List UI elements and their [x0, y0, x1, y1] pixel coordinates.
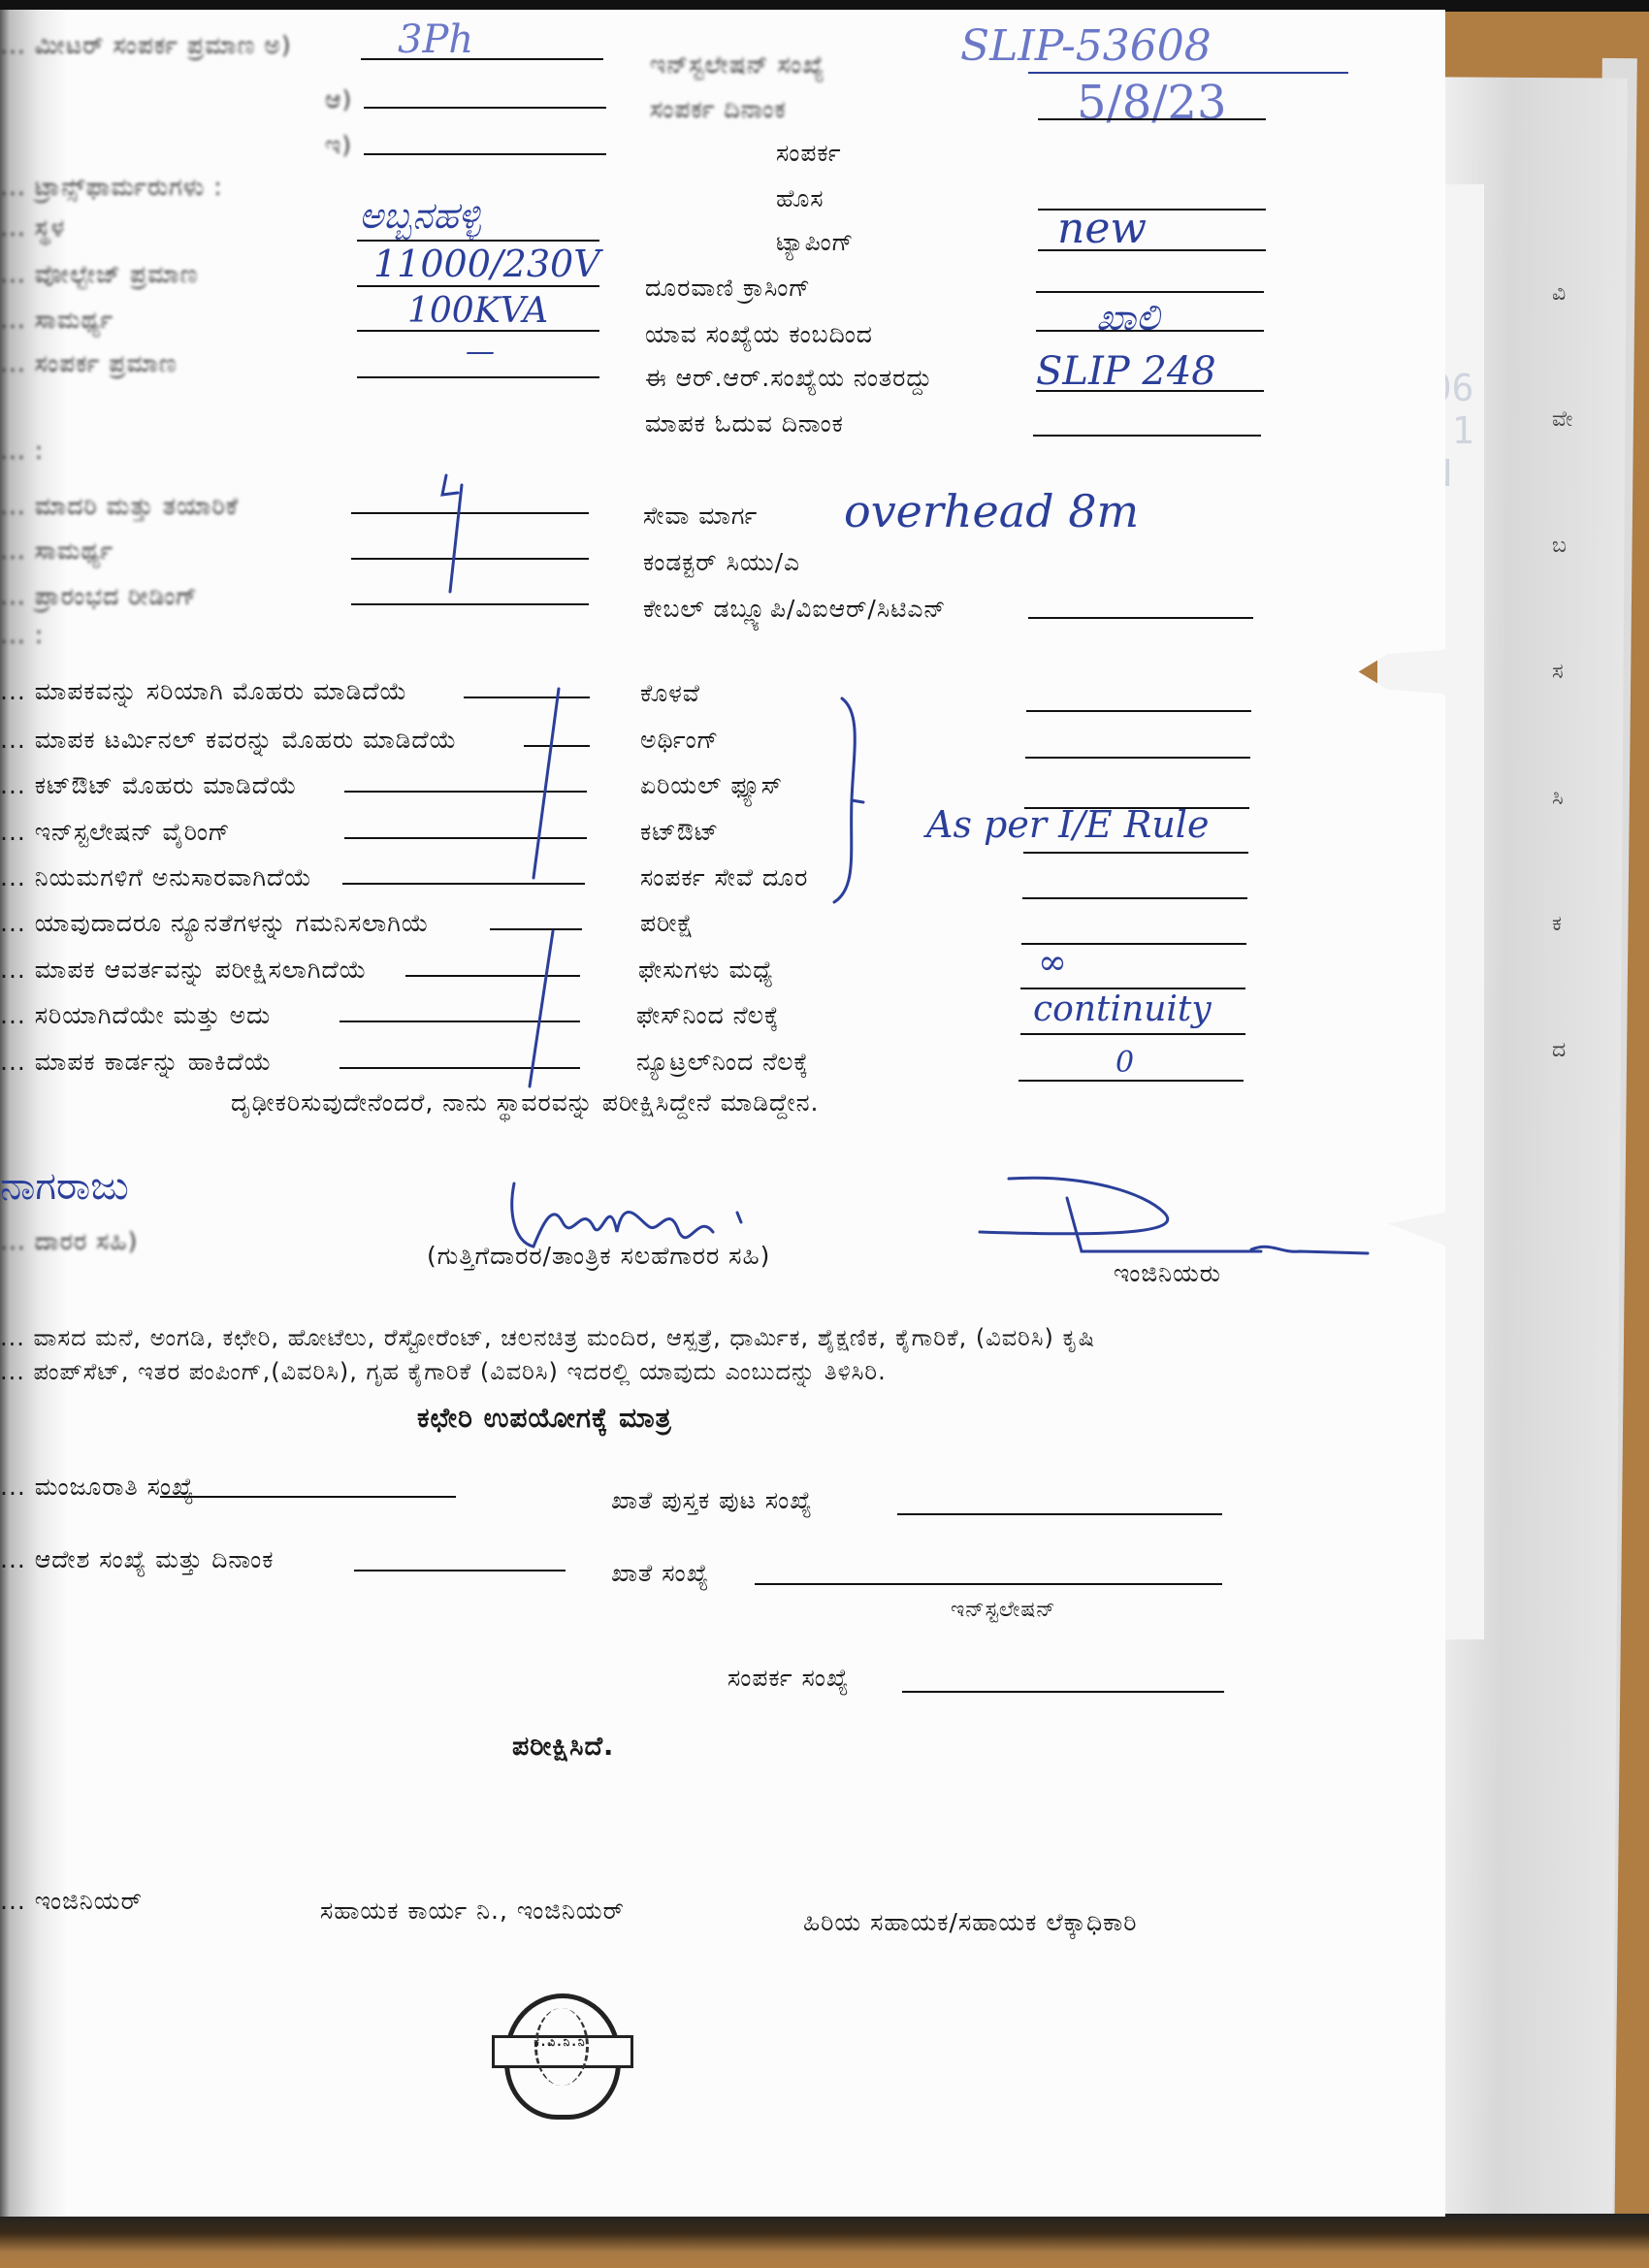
input-line[interactable] [357, 240, 599, 242]
handwritten-value: SLIP 248 [1036, 349, 1216, 394]
spine-glyph: ವಿ [1552, 281, 1591, 407]
input-line[interactable] [1038, 249, 1266, 251]
field-label: ಸಂಪರ್ಕ [776, 139, 842, 168]
spine-glyph: ದ [1552, 1038, 1591, 1164]
section-heading: ... ಟ್ರಾನ್ಸ್‌ಫಾರ್ಮರುಗಳು : [0, 173, 223, 202]
input-line[interactable] [364, 107, 606, 109]
engineer-signature [970, 1174, 1377, 1261]
handwritten-tick-mark [436, 466, 475, 601]
field-label: ... ಮಾಪಕ ಟರ್ಮಿನಲ್ ಕವರನ್ನು ಮೊಹರು ಮಾಡಿದೆಯೆ [0, 726, 457, 755]
field-label: ಇನ್‌ಸ್ಟಲೇಷನ್ ಸಂಖ್ಯೆ [650, 50, 825, 80]
input-line[interactable] [351, 603, 589, 605]
field-label: ಈ ಆರ್.ಆರ್.ಸಂಖ್ಯೆಯ ನಂತರದ್ದು [645, 364, 933, 393]
input-line[interactable] [1025, 757, 1250, 759]
field-label: ಸೇವಾ ಮಾರ್ಗ [643, 502, 758, 531]
field-label: ಸಂಪರ್ಕ ಸೇವೆ ದೂರ [640, 863, 808, 892]
input-line[interactable] [1036, 291, 1264, 293]
field-label: ... ಕಟ್‌ಔಟ್ ಮೊಹರು ಮಾಡಿದೆಯೆ [0, 771, 298, 800]
field-label: ಸಂಪರ್ಕ ಸಂಖ್ಯೆ [727, 1664, 850, 1693]
input-line[interactable] [755, 1583, 1222, 1585]
input-line[interactable] [1026, 710, 1251, 712]
field-label: ... ಮಾಪಕವನ್ನು ಸರಿಯಾಗಿ ಮೊಹರು ಮಾಡಿದೆಯೆ [0, 677, 407, 706]
input-line[interactable] [1038, 118, 1266, 120]
field-label: ಇನ್‌ಸ್ಟಲೇಷನ್ [951, 1598, 1056, 1622]
field-label: ಸಂಪರ್ಕ ದಿನಾಂಕ [650, 95, 787, 124]
installation-number: SLIP-53608 [960, 21, 1212, 71]
office-seal-text: ಕ.ವಿ.ನಿ.ನಿ [490, 2035, 630, 2050]
field-label: ಕಂಡಕ್ಟರ್ ಸಿಯು/ಎ [643, 548, 800, 577]
field-label: ... ಸರಿಯಾಗಿದೆಯೇ ಮತ್ತು ಅದು [0, 1001, 271, 1030]
input-line[interactable] [357, 330, 599, 332]
field-label: ... ಮೀಟರ್ ಸಂಪರ್ಕ ಪ್ರಮಾಣ ಅ) [0, 31, 292, 60]
field-label: ಖಾತೆ ಪುಸ್ತಕ ಪುಟ ಸಂಖ್ಯೆ [611, 1486, 813, 1515]
field-label: ... ಇನ್‌ಸ್ಟಲೇಷನ್ ವೈರಿಂಗ್ [0, 818, 231, 847]
bracket-note: As per I/E Rule [926, 803, 1209, 846]
field-label: ಫೇಸುಗಳು ಮಧ್ಯೆ [638, 956, 774, 985]
input-line[interactable] [1033, 435, 1261, 437]
input-line[interactable] [1022, 897, 1247, 899]
owner-signature: ನಾಗರಾಜು [0, 1164, 129, 1209]
office-seal-icon [504, 1993, 621, 2120]
spine-glyph: ಸಿ [1552, 786, 1591, 912]
phase-to-earth-value: continuity [1033, 989, 1212, 1029]
handwritten-tick-mark [524, 689, 563, 1077]
handwritten-value: 100KVA [407, 291, 548, 331]
field-label: ಪರೀಕ್ಷೆ [640, 909, 695, 938]
signature-caption: ... ದಾರರ ಸಹಿ) [0, 1227, 138, 1256]
input-line[interactable] [1028, 617, 1253, 619]
field-label: ... ಸಾಮರ್ಥ್ಯ [0, 536, 113, 566]
input-line[interactable] [1018, 1080, 1244, 1082]
field-label: ಟ್ಯಾಪಿಂಗ್ [776, 228, 854, 257]
handwritten-value: ಅಬ್ಬನಹಳ್ಳಿ [359, 194, 481, 238]
input-line[interactable] [357, 285, 599, 287]
field-label: ... ನಿಯಮಗಳಿಗೆ ಅನುಸಾರವಾಗಿದೆಯೆ [0, 863, 312, 892]
handwritten-value: new [1057, 204, 1147, 253]
section-heading: ... : [0, 437, 44, 465]
spine-glyph: ಕ [1552, 912, 1591, 1038]
field-label: ಮಾಪಕ ಓದುವ ದಿನಾಂಕ [645, 409, 844, 438]
field-label: ಫೇಸ್‌ನಿಂದ ನೆಲಕ್ಕೆ [636, 1001, 780, 1030]
input-line[interactable] [160, 1496, 456, 1498]
neutral-to-earth-value: 0 [1115, 1046, 1134, 1080]
field-label: ... ಯಾವುದಾದರೂ ನ್ಯೂನತೆಗಳನ್ನು ಗಮನಿಸಲಾಗಿಯೆ [0, 909, 430, 938]
signature-caption: ಇಂಜಿನಿಯರು [1114, 1259, 1221, 1288]
input-line[interactable] [364, 153, 606, 155]
field-label: ದೂರವಾಣಿ ಕ್ರಾಸಿಂಗ್ [645, 274, 811, 303]
spine-glyph: ವೇ [1552, 407, 1591, 534]
usage-note: ... ಪಂಪ್‌ಸೆಟ್, ಇತರ ಪಂಪಿಂಗ್,(ವಿವರಿಸಿ), ಗೃ… [0, 1358, 887, 1385]
field-label: ಖಾತೆ ಸಂಖ್ಯೆ [611, 1559, 709, 1588]
handwritten-value: ಖಾಲಿ [1096, 296, 1159, 340]
input-line[interactable] [357, 376, 599, 378]
handwritten-brace [832, 694, 871, 907]
input-line[interactable] [1036, 330, 1264, 332]
field-label: ... ಆದೇಶ ಸಂಖ್ಯೆ ಮತ್ತು ದಿನಾಂಕ [0, 1545, 274, 1574]
field-label: ಅರ್ಥಿಂಗ್ [640, 726, 719, 755]
field-label: ಇ) [325, 131, 352, 160]
input-line[interactable] [1020, 1033, 1245, 1035]
connection-date: 5/8/23 [1077, 76, 1227, 130]
office-use-title: ಕಛೇರಿ ಉಪಯೋಗಕ್ಕೆ ಮಾತ್ರ [417, 1402, 672, 1435]
folder-spine-labels: ವಿ ವೇ ಬ ಸ ಸಿ ಕ ದ [1552, 281, 1591, 1164]
field-label: ಕಟ್‌ಔಟ್ [640, 818, 719, 847]
officer-title: ಸಹಾಯಕ ಕಾರ್ಯ ನಿ., ಇಂಜಿನಿಯರ್ [320, 1896, 625, 1926]
field-label: ... ಮಾಪಕ ಆವರ್ತವನ್ನು ಪರೀಕ್ಷಿಸಲಾಗಿದೆಯೆ [0, 956, 367, 985]
input-line[interactable] [902, 1691, 1224, 1693]
spine-glyph: ಬ [1552, 534, 1591, 660]
signature-caption: (ಗುತ್ತಿಗೆದಾರರ/ತಾಂತ್ರಿಕ ಸಲಹೆಗಾರರ ಸಹಿ) [427, 1242, 770, 1271]
field-label: ನ್ಯೂಟ್ರಲ್‌ನಿಂದ ನೆಲಕ್ಕೆ [636, 1048, 809, 1077]
input-line[interactable] [1028, 72, 1348, 74]
field-label: ಕೇಬಲ್ ಡಬ್ಲ್ಯೂಪಿ/ವಿಐಆರ್/ಸಿಟಿಎನ್ [643, 595, 946, 624]
officer-title: ಹಿರಿಯ ಸಹಾಯಕ/ಸಹಾಯಕ ಲೆಕ್ಕಾಧಿಕಾರಿ [803, 1908, 1137, 1937]
field-label: ... ಮಾದರಿ ಮತ್ತು ತಯಾರಿಕೆ [0, 492, 239, 521]
form-page: ... ಮೀಟರ್ ಸಂಪರ್ಕ ಪ್ರಮಾಣ ಅ) 3Ph ಆ) ಇ) ಇನ್… [0, 10, 1445, 2217]
field-label: ... ಪ್ರಾರಂಭದ ರೀಡಿಂಗ್ [0, 582, 198, 611]
certification-text: ದೃಢೀಕರಿಸುವುದೇನೆಂದರೆ, ನಾನು ಸ್ಥಾವರವನ್ನು ಪರ… [231, 1088, 819, 1118]
field-label: ... ಮಾಪಕ ಕಾರ್ಡನ್ನು ಹಾಕಿದೆಯೆ [0, 1048, 273, 1077]
field-label: ... ಸಾಮರ್ಥ್ಯ [0, 306, 113, 335]
field-label: ಹೊಸ [776, 184, 824, 213]
field-label: ... ಸ್ಥಳ [0, 213, 65, 243]
spine-glyph: ಸ [1552, 660, 1591, 786]
usage-note: ... ವಾಸದ ಮನೆ, ಅಂಗಡಿ, ಕಛೇರಿ, ಹೋಟೆಲು, ರೆಸ್… [0, 1324, 1095, 1351]
input-line[interactable] [1023, 852, 1248, 854]
input-line[interactable] [897, 1513, 1222, 1515]
field-label: ... ವೋಲ್ಟೇಜ್ ಪ್ರಮಾಣ [0, 260, 198, 289]
field-label: ಆ) [325, 85, 352, 114]
handwritten-value: — [466, 335, 495, 369]
handwritten-value: 11000/230V [373, 243, 600, 285]
field-label: ... ಸಂಪರ್ಕ ಪ್ರಮಾಣ [0, 349, 178, 378]
field-label: ಏರಿಯಲ್ ಫ್ಯೂಸ್ [640, 771, 783, 800]
officer-title: ... ಇಂಜಿನಿಯರ್ [0, 1887, 143, 1916]
input-line[interactable] [1036, 390, 1264, 392]
input-line[interactable] [354, 1570, 566, 1571]
service-route-value: overhead 8m [844, 485, 1139, 537]
handwritten-value: 3Ph [398, 17, 473, 62]
verified-label: ಪರೀಕ್ಷಿಸಿದೆ. [512, 1732, 614, 1763]
scan-bottom-edge [0, 2214, 1649, 2268]
field-label: ಯಾವ ಸಂಖ್ಯೆಯ ಕಂಬದಿಂದ [645, 320, 873, 349]
section-heading: ... : [0, 621, 44, 649]
insulation-phase-to-phase-value: ∞ [1038, 943, 1067, 983]
field-label: ಕೊಳವೆ [640, 679, 700, 708]
